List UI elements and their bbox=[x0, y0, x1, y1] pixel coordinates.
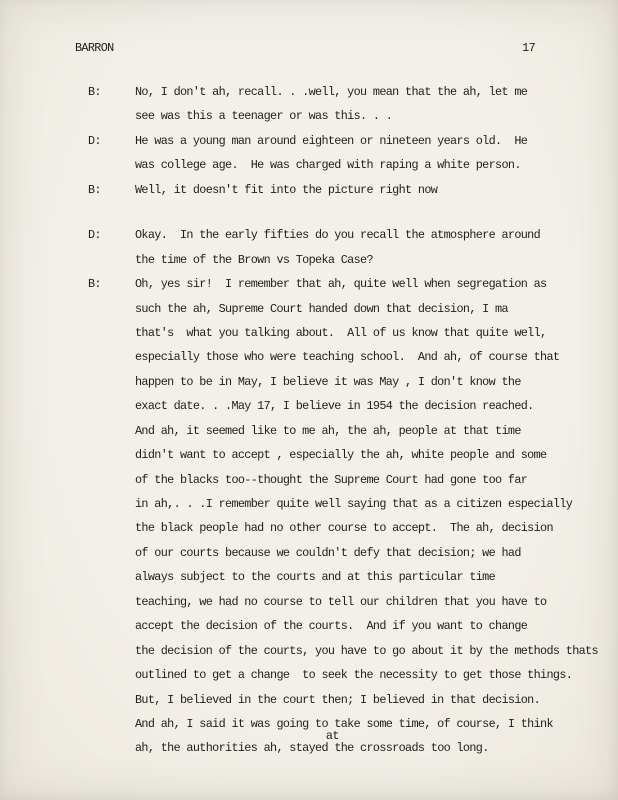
transcript-line: Okay. In the early fifties do you recall… bbox=[135, 223, 594, 247]
transcript-line: always subject to the courts and at this… bbox=[135, 565, 594, 589]
transcript-line: And ah, I said it was going to take some… bbox=[135, 712, 594, 736]
transcript-line: And ah, it seemed like to me ah, the ah,… bbox=[135, 419, 594, 443]
transcript-line: accept the decision of the courts. And i… bbox=[135, 614, 594, 638]
transcript-line: the time of the Brown vs Topeka Case? bbox=[135, 248, 594, 272]
turn-lines: Well, it doesn't fit into the picture ri… bbox=[135, 178, 594, 202]
transcript-line: such the ah, Supreme Court handed down t… bbox=[135, 297, 594, 321]
turn-lines: No, I don't ah, recall. . .well, you mea… bbox=[135, 80, 594, 129]
transcript-line: Well, it doesn't fit into the picture ri… bbox=[135, 178, 594, 202]
document-page: BARRON 17 B: No, I don't ah, recall. . .… bbox=[0, 0, 618, 800]
transcript-line: that's what you talking about. All of us… bbox=[135, 321, 594, 345]
page-header: BARRON 17 bbox=[75, 41, 535, 55]
dialogue-turn: B: No, I don't ah, recall. . .well, you … bbox=[88, 80, 594, 129]
turn-lines: Okay. In the early fifties do you recall… bbox=[135, 223, 594, 272]
turn-lines: Oh, yes sir! I remember that ah, quite w… bbox=[135, 272, 594, 761]
dialogue: B: No, I don't ah, recall. . .well, you … bbox=[88, 80, 594, 761]
speaker-label: D: bbox=[88, 223, 135, 247]
transcript-line: outlined to get a change to seek the nec… bbox=[135, 663, 594, 687]
document-title: BARRON bbox=[75, 41, 114, 55]
speaker-label: B: bbox=[88, 178, 135, 202]
transcript-line: But, I believed in the court then; I bel… bbox=[135, 688, 594, 712]
transcript-line: especially those who were teaching schoo… bbox=[135, 345, 594, 369]
turn-lines: He was a young man around eighteen or ni… bbox=[135, 129, 594, 178]
transcript-line: happen to be in May, I believe it was Ma… bbox=[135, 370, 594, 394]
transcript-line: the decision of the courts, you have to … bbox=[135, 639, 594, 663]
transcript-line: of our courts because we couldn't defy t… bbox=[135, 541, 594, 565]
transcript-line: teaching, we had no course to tell our c… bbox=[135, 590, 594, 614]
transcript-line: No, I don't ah, recall. . .well, you mea… bbox=[135, 80, 594, 104]
dialogue-turn: B: Well, it doesn't fit into the picture… bbox=[88, 178, 594, 202]
transcript-line: of the blacks too--thought the Supreme C… bbox=[135, 468, 594, 492]
transcript-line: He was a young man around eighteen or ni… bbox=[135, 129, 594, 153]
dialogue-turn: B: Oh, yes sir! I remember that ah, quit… bbox=[88, 272, 594, 761]
speaker-label: D: bbox=[88, 129, 135, 153]
speaker-label: B: bbox=[88, 80, 135, 104]
transcript-line: Oh, yes sir! I remember that ah, quite w… bbox=[135, 272, 594, 296]
dialogue-turn: D: He was a young man around eighteen or… bbox=[88, 129, 594, 178]
dialogue-turn: D: Okay. In the early fifties do you rec… bbox=[88, 223, 594, 272]
transcript-line: didn't want to accept , especially the a… bbox=[135, 443, 594, 467]
transcript-line: exact date. . .May 17, I believe in 1954… bbox=[135, 394, 594, 418]
transcript-line: the black people had no other course to … bbox=[135, 516, 594, 540]
transcript-line: see was this a teenager or was this. . . bbox=[135, 104, 594, 128]
transcript-line: was college age. He was charged with rap… bbox=[135, 153, 594, 177]
page-number: 17 bbox=[522, 41, 535, 55]
speaker-label: B: bbox=[88, 272, 135, 296]
transcript-line: ah, the authorities ah, stayedat the cro… bbox=[135, 736, 594, 760]
transcript-line: in ah,. . .I remember quite well saying … bbox=[135, 492, 594, 516]
